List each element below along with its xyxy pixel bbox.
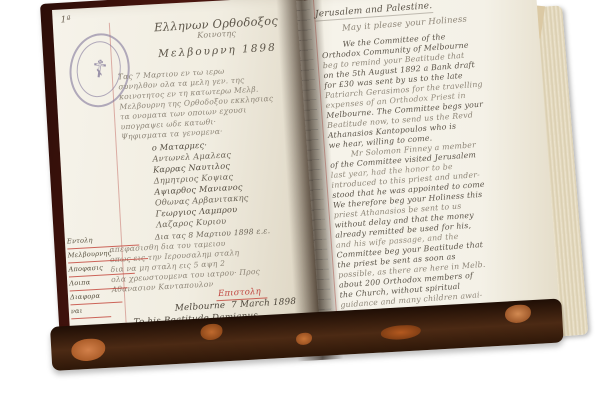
letter-body: We the Committee of theOrthodox Communit… [321, 26, 557, 341]
worn-leather-patch [505, 304, 532, 323]
worn-leather-patch [200, 323, 223, 340]
worn-leather-patch [296, 332, 313, 345]
text-line: Μελβουρνη 1898 [132, 40, 302, 61]
left-page-number: 1ª [60, 15, 71, 26]
worn-leather-patch [380, 324, 421, 340]
right-page-english-letter: 1898 21 Jerusalem and Palestine. May it … [296, 0, 561, 349]
photo-open-ledger-book: 1ª ☦ Ελληνων ΟρθοδοξοςΚοινοτηςΜελβουρνη … [0, 0, 600, 393]
greek-heading: Ελληνων ΟρθοδοξοςΚοινοτηςΜελβουρνη 1898 [131, 12, 303, 61]
members-name-list: ο Ματαρμες·Αντωνελ ΑμαλεαςΚαρρας Ναυτιλο… [152, 137, 250, 230]
seal-saint-figure: ☦ [90, 52, 108, 85]
worn-leather-patch [71, 338, 106, 362]
greek-paragraph-1: Τας 7 Μαρτιου εν τω ιερωσυνηλθον ολα τα … [118, 62, 312, 142]
left-page-greek-minutes: 1ª ☦ Ελληνων ΟρθοδοξοςΚοινοτηςΜελβουρνη … [52, 0, 322, 343]
text-line: Διαφορα [70, 289, 123, 306]
